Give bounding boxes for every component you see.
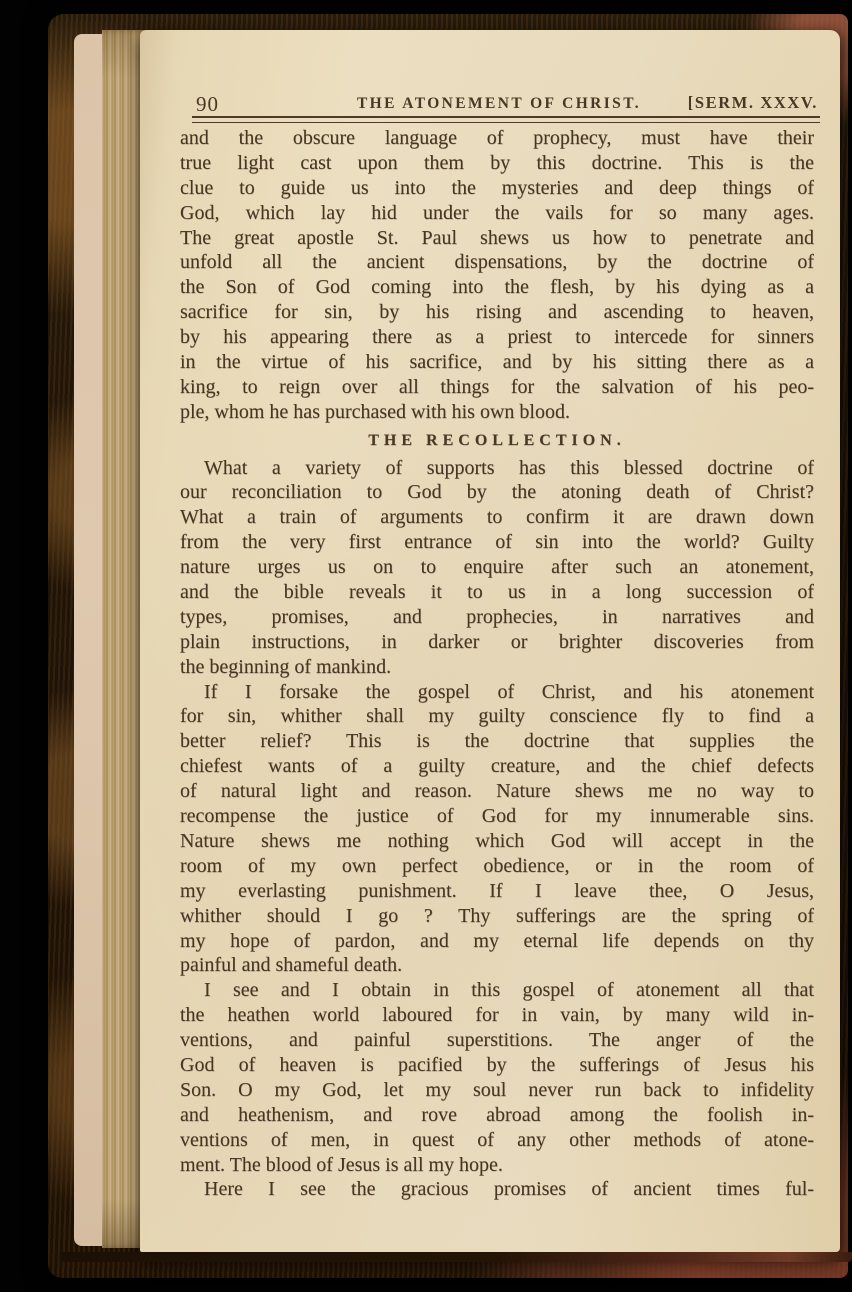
photo-of-book: 90 THE ATONEMENT OF CHRIST. [SERM. XXXV.… bbox=[0, 0, 852, 1292]
text-line: Nature shews me nothing which God will a… bbox=[180, 829, 814, 854]
text-line: for sin, whither shall my guilty conscie… bbox=[180, 704, 814, 729]
text-line: What a train of arguments to confirm it … bbox=[180, 505, 814, 530]
text-line: better relief? This is the doctrine that… bbox=[180, 729, 814, 754]
text-line: The great apostle St. Paul shews us how … bbox=[180, 226, 814, 251]
text-line: painful and shameful death. bbox=[180, 953, 814, 978]
text-line: ple, whom he has purchased with his own … bbox=[180, 400, 814, 425]
text-line: my hope of pardon, and my eternal life d… bbox=[180, 929, 814, 954]
book-page: 90 THE ATONEMENT OF CHRIST. [SERM. XXXV.… bbox=[140, 30, 840, 1252]
running-head: 90 THE ATONEMENT OF CHRIST. [SERM. XXXV. bbox=[180, 90, 818, 116]
text-line: whither should I go ? Thy sufferings are… bbox=[180, 904, 814, 929]
text-line: I see and I obtain in this gospel of ato… bbox=[180, 978, 814, 1003]
text-line: and heathenism, and rove abroad among th… bbox=[180, 1103, 814, 1128]
text-line: the heathen world laboured for in vain, … bbox=[180, 1003, 814, 1028]
text-line: my everlasting punishment. If I leave th… bbox=[180, 879, 814, 904]
text-line: ventions, and painful superstitions. The… bbox=[180, 1028, 814, 1053]
text-line: plain instructions, in darker or brighte… bbox=[180, 630, 814, 655]
text-line: What a variety of supports has this bles… bbox=[180, 456, 814, 481]
text-line: in the virtue of his sacrifice, and by h… bbox=[180, 350, 814, 375]
header-double-rule bbox=[192, 116, 820, 123]
text-line: of natural light and reason. Nature shew… bbox=[180, 779, 814, 804]
text-line: ment. The blood of Jesus is all my hope. bbox=[180, 1153, 814, 1178]
text-line: Son. O my God, let my soul never run bac… bbox=[180, 1078, 814, 1103]
text-line: our reconciliation to God by the atoning… bbox=[180, 480, 814, 505]
text-line: room of my own perfect obedience, or in … bbox=[180, 854, 814, 879]
text-line: types, promises, and prophecies, in narr… bbox=[180, 605, 814, 630]
text-line: If I forsake the gospel of Christ, and h… bbox=[180, 680, 814, 705]
text-line: by his appearing there as a priest to in… bbox=[180, 325, 814, 350]
text-line: God of heaven is pacified by the sufferi… bbox=[180, 1053, 814, 1078]
text-line: the Son of God coming into the flesh, by… bbox=[180, 275, 814, 300]
sermon-reference: [SERM. XXXV. bbox=[688, 93, 818, 113]
text-line: God, which lay hid under the vails for s… bbox=[180, 201, 814, 226]
text-line: ventions of men, in quest of any other m… bbox=[180, 1128, 814, 1153]
text-line: the beginning of mankind. bbox=[180, 655, 814, 680]
page-body: and the obscure language of prophecy, mu… bbox=[180, 126, 814, 1202]
text-line: clue to guide us into the mysteries and … bbox=[180, 176, 814, 201]
text-line: Here I see the gracious promises of anci… bbox=[180, 1177, 814, 1202]
section-heading: THE RECOLLECTION. bbox=[180, 429, 814, 454]
text-line: king, to reign over all things for the s… bbox=[180, 375, 814, 400]
text-line: nature urges us on to enquire after such… bbox=[180, 555, 814, 580]
text-line: and the obscure language of prophecy, mu… bbox=[180, 126, 814, 151]
text-line: true light cast upon them by this doctri… bbox=[180, 151, 814, 176]
bottom-cover-edge bbox=[60, 1252, 852, 1262]
text-line: chiefest wants of a guilty creature, and… bbox=[180, 754, 814, 779]
text-line: and the bible reveals it to us in a long… bbox=[180, 580, 814, 605]
text-line: unfold all the ancient dispensations, by… bbox=[180, 250, 814, 275]
text-line: recompense the justice of God for my inn… bbox=[180, 804, 814, 829]
text-line: sacrifice for sin, by his rising and asc… bbox=[180, 300, 814, 325]
text-line: from the very first entrance of sin into… bbox=[180, 530, 814, 555]
